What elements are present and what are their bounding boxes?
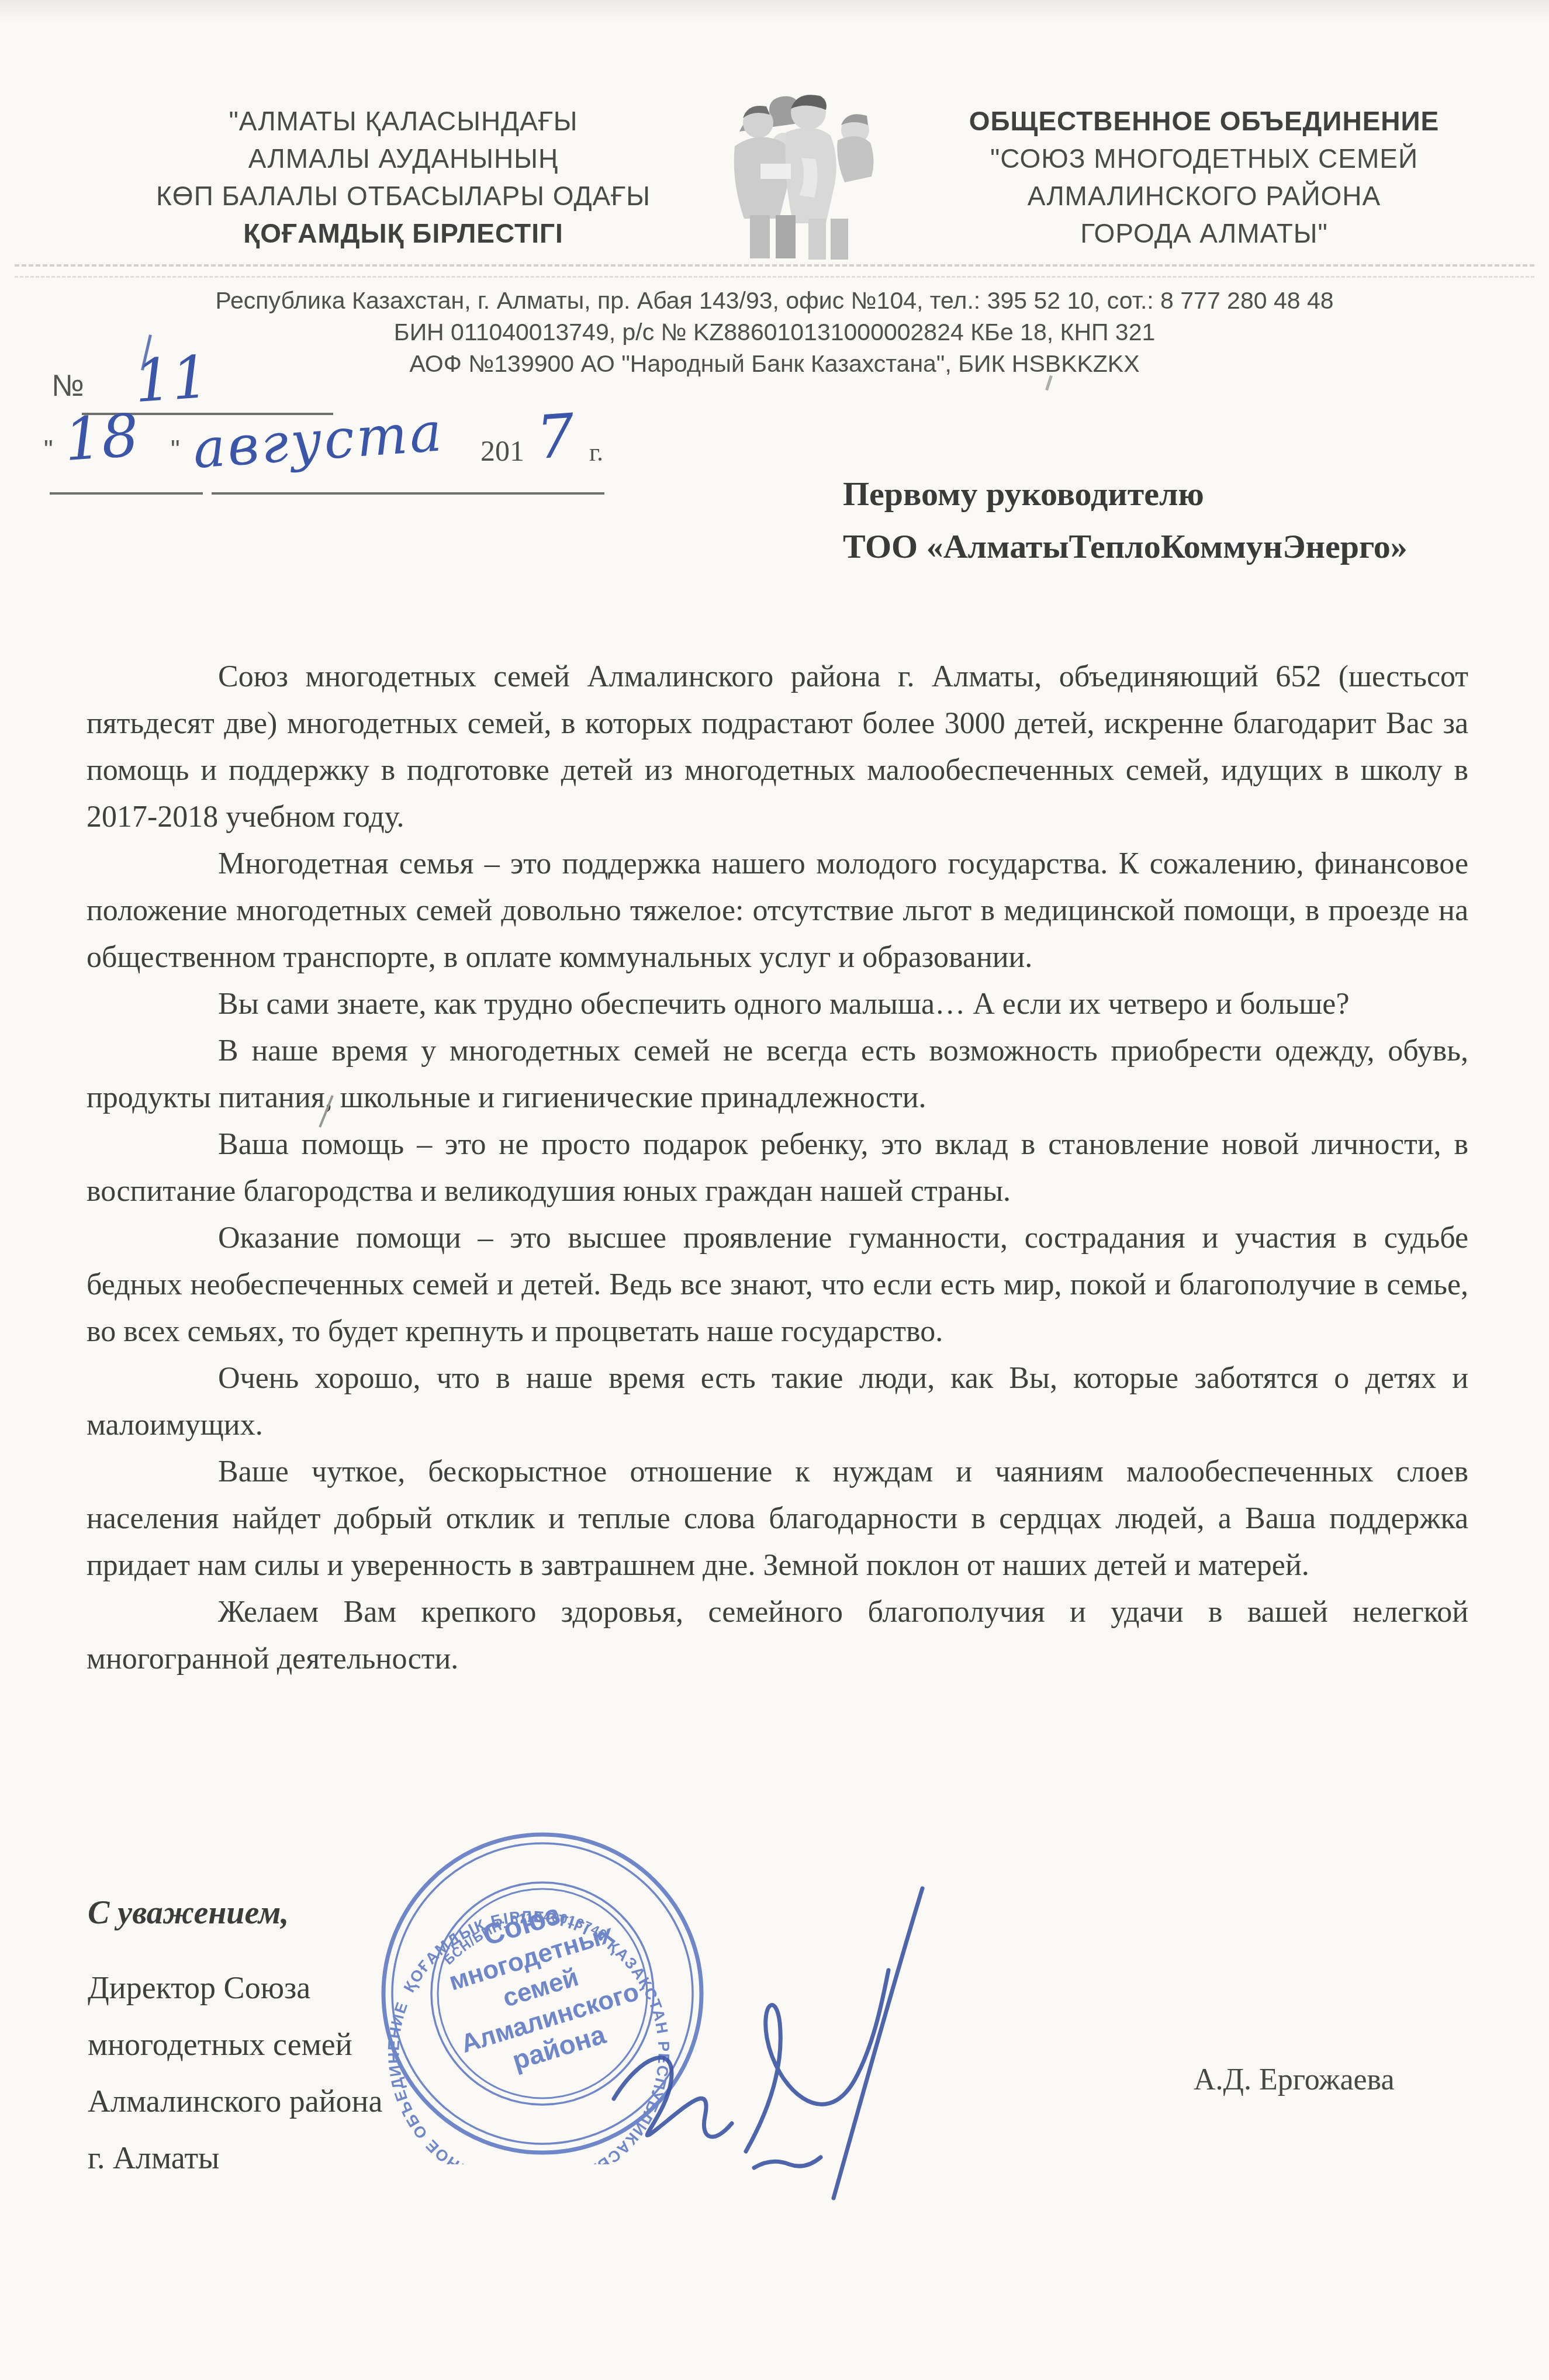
paragraph: Оказание помощи – это высшее проявление …: [87, 1215, 1468, 1355]
recipient-line: Первому руководителю: [843, 468, 1462, 520]
letter-body: Союз многодетных семей Алмалинского райо…: [87, 654, 1468, 1683]
date-day-handwritten: 18: [62, 401, 141, 475]
letterhead-divider: [15, 264, 1534, 267]
org-line: ОБЩЕСТВЕННОЕ ОБЪЕДИНЕНИЕ: [909, 102, 1499, 140]
org-line: ҚОҒАМДЫҚ БІРЛЕСТІГІ: [126, 215, 681, 252]
signer-title-line: г. Алматы: [88, 2130, 382, 2186]
signer-name: А.Д. Ергожаева: [1194, 2063, 1395, 2097]
date-year-digit-handwritten: 7: [534, 401, 577, 473]
org-name-kazakh: "АЛМАТЫ ҚАЛАСЫНДАҒЫ АЛМАЛЫ АУДАНЫНЫҢ КӨП…: [126, 102, 681, 252]
closing-salutation: С уважением,: [88, 1894, 289, 1932]
family-logo: [704, 76, 897, 263]
org-line: "СОЮЗ МНОГОДЕТНЫХ СЕМЕЙ: [909, 140, 1499, 177]
paragraph: Вы сами знаете, как трудно обеспечить од…: [87, 981, 1468, 1028]
ref-number-label: №: [51, 368, 84, 403]
date-quote-close: ": [171, 436, 180, 465]
paragraph: Многодетная семья – это поддержка нашего…: [87, 841, 1468, 981]
paragraph: Желаем Вам крепкого здоровья, семейного …: [87, 1589, 1468, 1683]
org-line: АЛМАЛЫ АУДАНЫНЫҢ: [126, 140, 681, 177]
contact-line: БИН 011040013749, р/с № KZ88601013100000…: [0, 316, 1549, 348]
signer-title-block: Директор Союза многодетных семей Алмалин…: [88, 1960, 382, 2186]
family-logo-illustration: [734, 95, 874, 260]
date-quote-open: ": [44, 436, 53, 465]
scanned-letter-page: "АЛМАТЫ ҚАЛАСЫНДАҒЫ АЛМАЛЫ АУДАНЫНЫҢ КӨП…: [0, 0, 1549, 2380]
org-line: АЛМАЛИНСКОГО РАЙОНА: [909, 177, 1499, 215]
date-year-printed: 201: [480, 434, 524, 468]
paragraph: Ваша помощь – это не просто подарок ребе…: [87, 1121, 1468, 1215]
signer-title-line: многодетных семей: [88, 2016, 382, 2073]
paragraph: Ваше чуткое, бескорыстное отношение к ну…: [87, 1449, 1468, 1589]
paragraph: В наше время у многодетных семей не всег…: [87, 1028, 1468, 1121]
date-month-underline: [212, 492, 604, 495]
org-line: "АЛМАТЫ ҚАЛАСЫНДАҒЫ: [126, 102, 681, 140]
ref-number-handwritten: 11: [132, 343, 211, 416]
org-name-russian: ОБЩЕСТВЕННОЕ ОБЪЕДИНЕНИЕ "СОЮЗ МНОГОДЕТН…: [909, 102, 1499, 252]
handwritten-signature: [579, 1824, 953, 2210]
paragraph: Очень хорошо, что в наше время есть таки…: [87, 1355, 1468, 1449]
date-day-underline: [50, 492, 203, 495]
letterhead-divider-2: [15, 276, 1534, 278]
recipient-line: ТОО «АлматыТеплоКоммунЭнерго»: [843, 520, 1462, 573]
recipient-block: Первому руководителю ТОО «АлматыТеплоКом…: [843, 468, 1462, 573]
signer-title-line: Директор Союза: [88, 1960, 382, 2016]
paragraph: Союз многодетных семей Алмалинского райо…: [87, 654, 1468, 841]
contact-line: АОФ №139900 АО "Народный Банк Казахстана…: [0, 348, 1549, 379]
org-line: ГОРОДА АЛМАТЫ": [909, 215, 1499, 252]
contact-line: Республика Казахстан, г. Алматы, пр. Аба…: [0, 285, 1549, 316]
org-line: КӨП БАЛАЛЫ ОТБАСЫЛАРЫ ОДАҒЫ: [126, 177, 681, 215]
date-year-suffix: г.: [589, 437, 603, 467]
contact-info: Республика Казахстан, г. Алматы, пр. Аба…: [0, 285, 1549, 379]
signer-title-line: Алмалинского района: [88, 2073, 382, 2130]
